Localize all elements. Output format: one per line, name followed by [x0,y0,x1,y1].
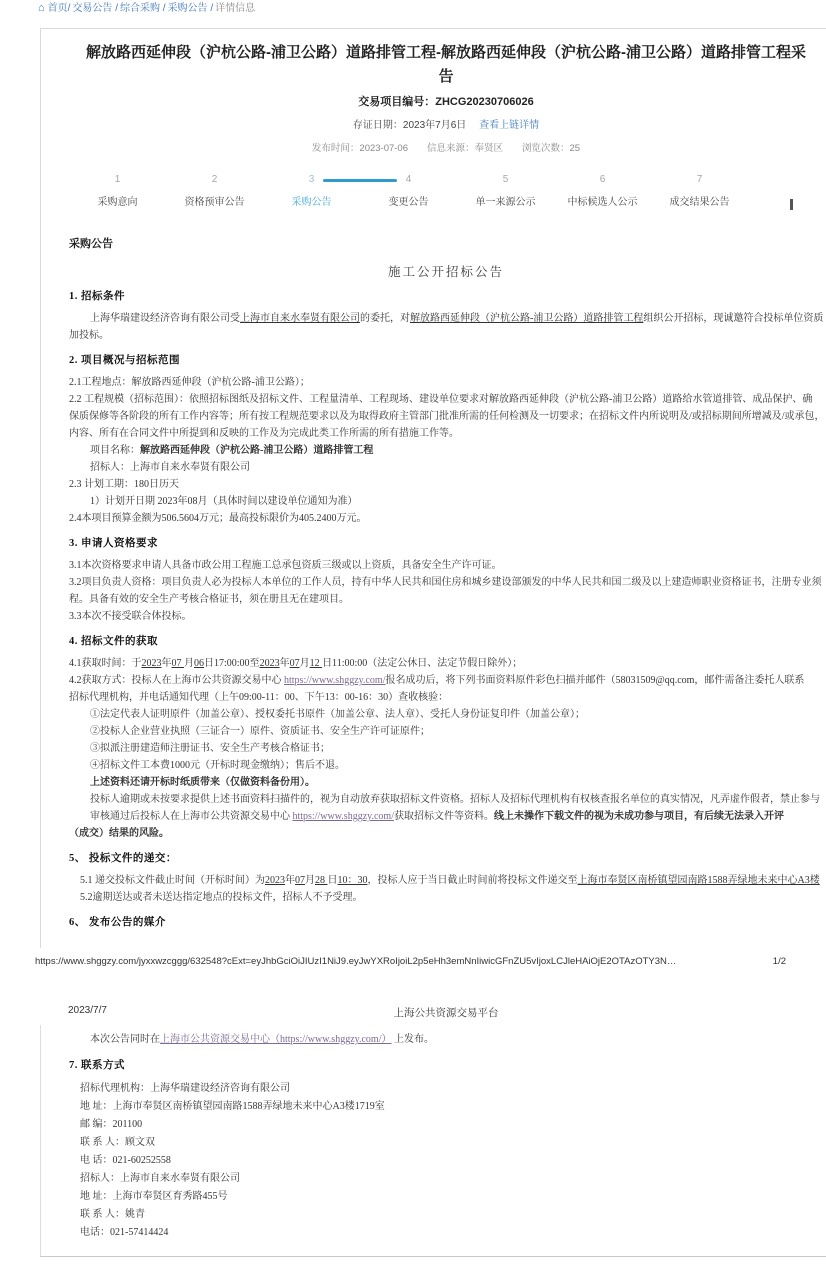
text-segment: 地 址：上海市奉贤区南桥镇望园南路1588弄绿地未来中心A3楼1719室 [80,1101,385,1112]
text-segment: 5.2逾期送达或者未送达指定地点的投标文件，招标人不予受理。 [80,892,363,903]
text-segment: 地 址：上海市奉贤区育秀路455号 [80,1191,228,1202]
step-tab[interactable]: 7成交结果公告 [651,174,748,220]
text-segment: 28 [315,875,328,886]
text-segment: 联 系 人：姚青 [80,1209,145,1220]
text-segment: 上海市自来水奉贤有限公司 [240,313,360,324]
paragraph-line: 5.1 递交投标文件截止时间（开标时间）为2023年07月28 日10：30，投… [69,872,823,889]
paragraph-line: ①法定代表人证明原件（加盖公章）、授权委托书原件（加盖公章、法人章）、受托人身份… [69,706,823,723]
breadcrumb-item: 详情信息 [215,3,255,14]
inline-link[interactable]: https://www.shggzy.com/ [293,811,394,822]
paragraph-line: 项目名称：解放路西延伸段（沪杭公路-浦卫公路）道路排管工程 [69,442,823,459]
paragraph-line: 内容、所有在合同文件中所提到和反映的工作及为完成此类工作所需的所有措施工作等。 [69,425,823,442]
section-heading: 2. 项目概况与招标范围 [69,352,823,369]
text-segment: 日11:00:00（法定公休日、法定节假日除外）； [322,658,522,669]
text-segment: （成交）结果的风险。 [69,828,169,839]
text-segment: 1）计划开日期 2023年08月（具体时间以建设单位通知为准） [90,496,358,507]
text-segment: 年 [285,875,295,886]
doc-title: 施工公开招标公告 [69,262,823,280]
paragraph-line: 2.4本项目预算金额为506.5604万元；最高投标限价为405.2400万元。 [69,510,823,527]
steps-nav: 1采购意向2资格预审公告3采购公告4变更公告5单一来源公示6中标候选人公示7成交… [69,174,823,220]
paragraph-line: 电话：021-57414424 [69,1224,824,1242]
text-segment: 06 [194,658,204,669]
text-segment: 4.2获取方式：投标人在上海市公共资源交易中心 [69,675,284,686]
announcement-body: 1. 招标条件上海华瑞建设经济咨询有限公司受上海市自来水奉贤有限公司的委托，对解… [69,288,823,931]
page: ⌂首页/交易公告 /综合采购 /采购公告 /详情信息 解放路西延伸段（沪杭公路-… [0,0,826,1286]
text-segment: 联 系 人：顾文双 [80,1137,155,1148]
text-segment: 程。具备有效的安全生产考核合格证书，须在册且无在建项目。 [69,594,349,605]
text-segment: 年 [280,658,290,669]
announcement-body-page2: 本次公告同时在上海市公共资源交易中心（https://www.shggzy.co… [69,1031,824,1242]
paragraph-line: （成交）结果的风险。 [69,825,823,842]
text-segment: 招标代理机构：上海华瑞建设经济咨询有限公司 [80,1083,290,1094]
breadcrumb-item[interactable]: 采购公告 / [168,3,214,14]
paragraph-line: 3.3本次不接受联合体投标。 [69,608,823,625]
text-segment: 月 [184,658,194,669]
text-segment: 保质保修等各阶段的所有工作内容等；所有按工程规范要求以及为取得政府主管部门批准所… [69,411,825,422]
text-segment: 解放路西延伸段（沪杭公路-浦卫公路）道路排管工程 [410,313,643,324]
step-label: 变更公告 [360,197,457,209]
announcement-box-page2: 本次公告同时在上海市公共资源交易中心（https://www.shggzy.co… [40,1025,826,1257]
breadcrumb-item[interactable]: 交易公告 / [72,3,118,14]
page-indicator: 1/2 [773,956,786,967]
step-tab[interactable]: 6中标候选人公示 [554,174,651,220]
text-segment: 月 [300,658,310,669]
paragraph-line: 地 址：上海市奉贤区育秀路455号 [69,1188,824,1206]
paragraph-line: 上述资料还请开标时纸质带来（仅做资料备份用）。 [69,774,823,791]
step-number: 2 [166,174,263,186]
step-label: 单一来源公示 [457,197,554,209]
paragraph-line: 投标人逾期或未按要求提供上述书面资料扫描件的，视为自动放弃获取招标文件资格。招标… [69,791,823,808]
paragraph-line: 联 系 人：顾文双 [69,1134,824,1152]
text-segment: 上海市奉贤区南桥镇望园南路1588弄绿地未来中心A3楼 [578,875,820,886]
paragraph-line: 地 址：上海市奉贤区南桥镇望园南路1588弄绿地未来中心A3楼1719室 [69,1098,824,1116]
text-segment: 获取招标文件等资料。 [394,811,494,822]
section-heading: 5、 投标文件的递交： [69,850,823,867]
text-segment: 2.1工程地点：解放路西延伸段（沪杭公路-浦卫公路）； [69,377,310,388]
text-segment: 10：30 [338,875,368,886]
text-segment: 报名成功后，将下列书面资料原件彩色扫描并邮件（58031509@qq.com，邮… [385,675,804,686]
text-segment: 的委托，对 [360,313,410,324]
paragraph-line: 3.1本次资格要求申请人具备市政公用工程施工总承包资质三级或以上资质，具备安全生… [69,557,823,574]
text-segment: 上述资料还请开标时纸质带来（仅做资料备份用）。 [90,777,315,788]
paragraph-line: 4.2获取方式：投标人在上海市公共资源交易中心 https://www.shgg… [69,672,823,689]
section-heading: 4. 招标文件的获取 [69,633,823,650]
text-segment: 2.3 计划工期：180日历天 [69,479,179,490]
paragraph-line: 加投标。 [69,327,823,344]
paragraph-line: 3.2项目负责人资格：项目负责人必为投标人本单位的工作人员，持有中华人民共和国住… [69,574,823,591]
step-number: 1 [69,174,166,186]
text-segment: 2023 [260,658,280,669]
home-icon[interactable]: ⌂ [38,2,45,14]
text-segment: 月 [305,875,315,886]
paragraph-line: 招标人：上海市自来水奉贤有限公司 [69,459,823,476]
text-segment: ④招标文件工本费1000元（开标时现金缴纳）；售后不退。 [90,760,345,771]
text-segment: 上海华瑞建设经济咨询有限公司受 [90,313,240,324]
print-footer: https://www.shggzy.com/jyxxwzcggg/632548… [0,956,826,967]
text-segment: ②投标人企业营业执照（三证合一）原件、资质证书、安全生产许可证原件； [90,726,430,737]
text-segment: 线上未操作下载文件的视为未成功参与项目，有后续无法录入开评 [494,811,784,822]
paragraph-line: 2.3 计划工期：180日历天 [69,476,823,493]
text-segment: 3.1本次资格要求申请人具备市政公用工程施工总承包资质三级或以上资质，具备安全生… [69,560,502,571]
step-number: 5 [457,174,554,186]
text-segment: 日17:00:00至 [204,658,260,669]
text-segment: 07 [295,875,305,886]
paragraph-line: 5.2逾期送达或者未送达指定地点的投标文件，招标人不予受理。 [69,889,823,906]
text-segment: 内容、所有在合同文件中所提到和反映的工作及为完成此类工作所需的所有措施工作等。 [69,428,459,439]
section-heading: 3. 申请人资格要求 [69,535,823,552]
step-tab[interactable]: 1采购意向 [69,174,166,220]
step-tab[interactable]: 2资格预审公告 [166,174,263,220]
page2-header: 2023/7/7 上海公共资源交易平台 [40,1005,826,1020]
paragraph-line: ④招标文件工本费1000元（开标时现金缴纳）；售后不退。 [69,757,823,774]
tab-section-label: 采购公告 [69,235,823,251]
paragraph-line: 本次公告同时在上海市公共资源交易中心（https://www.shggzy.co… [69,1031,824,1049]
step-number: 7 [651,174,748,186]
step-label: 资格预审公告 [166,197,263,209]
print-footer-url: https://www.shggzy.com/jyxxwzcggg/632548… [35,956,676,967]
text-segment: 投标人逾期或未按要求提供上述书面资料扫描件的，视为自动放弃获取招标文件资格。招标… [90,794,820,805]
paragraph-line: ②投标人企业营业执照（三证合一）原件、资质证书、安全生产许可证原件； [69,723,823,740]
paragraph-line: 上海华瑞建设经济咨询有限公司受上海市自来水奉贤有限公司的委托，对解放路西延伸段（… [69,310,823,327]
text-segment: 招标人：上海市自来水奉贤有限公司 [80,1173,240,1184]
paragraph-line: 程。具备有效的安全生产考核合格证书，须在册且无在建项目。 [69,591,823,608]
cert-date-row: 存证日期：2023年7月6日 查看上链详情 [69,116,823,131]
step-number: 6 [554,174,651,186]
text-segment: ，投标人应于当日截止时间前将投标文件递交至 [368,875,578,886]
text-segment: 2.4本项目预算金额为506.5604万元；最高投标限价为405.2400万元。 [69,513,367,524]
step-label: 成交结果公告 [651,197,748,209]
paragraph-line: 招标人：上海市自来水奉贤有限公司 [69,1170,824,1188]
text-segment: ①法定代表人证明原件（加盖公章）、授权委托书原件（加盖公章、法人章）、受托人身份… [90,709,585,720]
clipped-step-fragment [790,199,793,210]
step-label: 采购意向 [69,197,166,209]
text-segment: 07 [172,658,185,669]
step-label: 中标候选人公示 [554,197,651,209]
text-segment: 加投标。 [69,330,109,341]
text-segment: 解放路西延伸段（沪杭公路-浦卫公路）道路排管工程 [140,445,373,456]
text-segment: 4.1获取时间：于 [69,658,142,669]
paragraph-line: 招标代理机构：上海华瑞建设经济咨询有限公司 [69,1080,824,1098]
text-segment: 审核通过后投标人在上海市公共资源交易中心 [90,811,293,822]
paragraph-line: 招标代理机构，并电话通知代理（上午09:00-11：00、下午13：00-16：… [69,689,823,706]
project-number: 交易项目编号：ZHCG20230706026 [69,93,823,109]
breadcrumb: ⌂首页/交易公告 /综合采购 /采购公告 /详情信息 [38,2,257,15]
paragraph-line: 4.1获取时间：于2023年07 月06日17:00:00至2023年07月12… [69,655,823,672]
paragraph-line: 保质保修等各阶段的所有工作内容等；所有按工程规范要求以及为取得政府主管部门批准所… [69,408,823,425]
view-chain-link[interactable]: 查看上链详情 [479,120,539,131]
text-segment: 07 [290,658,300,669]
page2-date: 2023/7/7 [68,1005,107,1016]
paragraph-line: ③拟派注册建造师注册证书、安全生产考核合格证书； [69,740,823,757]
text-segment: 2023 [265,875,285,886]
paragraph-line: 2.2 工程规模（招标范围）：依照招标图纸及招标文件、工程量清单、工程现场、建设… [69,391,823,408]
text-segment: 日 [328,875,338,886]
paragraph-line: 审核通过后投标人在上海市公共资源交易中心 https://www.shggzy.… [69,808,823,825]
page2-site-title: 上海公共资源交易平台 [40,1005,826,1020]
section-heading: 6、 发布公告的媒介 [69,914,823,931]
section-heading: 1. 招标条件 [69,288,823,305]
text-segment: 12 [310,658,323,669]
text-segment: 招标代理机构，并电话通知代理（上午09:00-11：00、下午13：00-16：… [69,692,448,703]
text-segment: ③拟派注册建造师注册证书、安全生产考核合格证书； [90,743,330,754]
text-segment: 项目名称： [90,445,140,456]
breadcrumb-item[interactable]: 首页/ [48,3,71,14]
text-segment: 3.3本次不接受联合体投标。 [69,611,192,622]
step-connector-line [323,179,397,182]
text-segment: 招标人：上海市自来水奉贤有限公司 [90,462,250,473]
cert-date: 存证日期：2023年7月6日 [353,120,466,131]
step-label: 采购公告 [263,197,360,209]
page-title: 解放路西延伸段（沪杭公路-浦卫公路）道路排管工程-解放路西延伸段（沪杭公路-浦卫… [69,41,823,89]
text-segment: 2.2 工程规模（招标范围）：依照招标图纸及招标文件、工程量清单、工程现场、建设… [69,394,812,405]
text-segment: 5.1 递交投标文件截止时间（开标时间）为 [80,875,265,886]
text-segment: 年 [162,658,172,669]
text-segment: 组织公开招标，现诚邀符合投标单位资质 [643,313,823,324]
publish-meta: 发布时间：2023-07-06 信息来源：奉贤区 浏览次数：25 [69,140,823,154]
text-segment: 2023 [142,658,162,669]
text-segment: 本次公告同时在 [90,1034,160,1045]
section-heading: 7. 联系方式 [69,1057,824,1075]
text-segment: 邮 编：201100 [80,1119,142,1130]
inline-link[interactable]: https://www.shggzy.com/ [284,675,385,686]
announcement-box: 解放路西延伸段（沪杭公路-浦卫公路）道路排管工程-解放路西延伸段（沪杭公路-浦卫… [40,28,826,948]
breadcrumb-item[interactable]: 综合采购 / [120,3,166,14]
text-segment: 3.2项目负责人资格：项目负责人必为投标人本单位的工作人员，持有中华人民共和国住… [69,577,822,588]
step-tab[interactable]: 5单一来源公示 [457,174,554,220]
text-segment: 电话：021-57414424 [80,1227,168,1238]
inline-link[interactable]: 上海市公共资源交易中心（https://www.shggzy.com/） [160,1034,391,1045]
page-title-line1: 解放路西延伸段（沪杭公路-浦卫公路）道路排管工程-解放路西延伸段（沪杭公路-浦卫… [69,41,823,65]
paragraph-line: 邮 编：201100 [69,1116,824,1134]
paragraph-line: 联 系 人：姚青 [69,1206,824,1224]
text-segment: 上发布。 [391,1034,434,1045]
paragraph-line: 电 话：021-60252558 [69,1152,824,1170]
text-segment: 电 话：021-60252558 [80,1155,171,1166]
page-title-line2: 告 [69,65,823,89]
paragraph-line: 1）计划开日期 2023年08月（具体时间以建设单位通知为准） [69,493,823,510]
paragraph-line: 2.1工程地点：解放路西延伸段（沪杭公路-浦卫公路）； [69,374,823,391]
